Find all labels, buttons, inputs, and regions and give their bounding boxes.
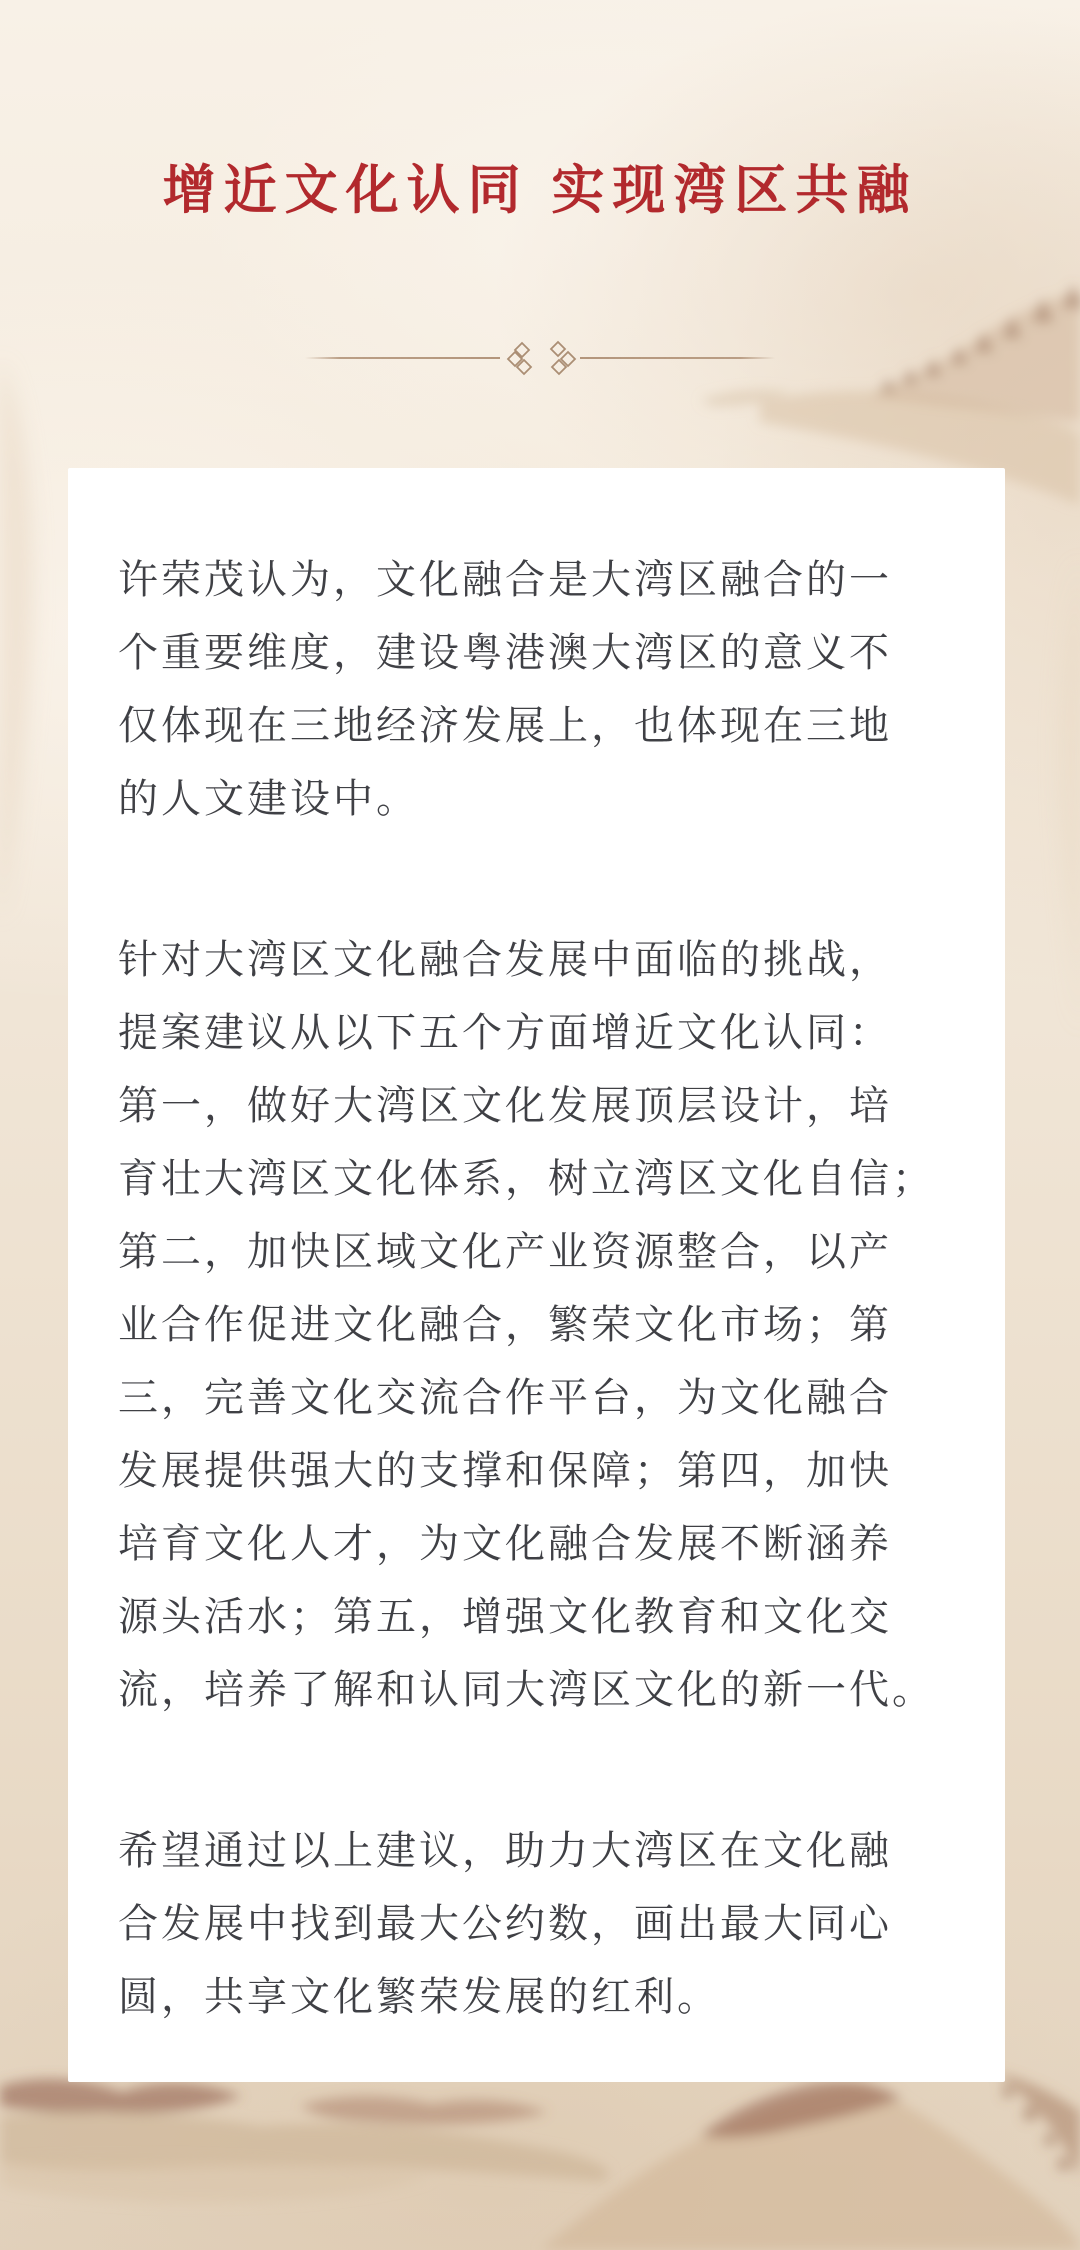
article-paragraph: 希望通过以上建议，助力大湾区在文化融 合发展中找到最大公约数，画出最大同心 圆，…	[118, 1815, 955, 2034]
ornament-divider	[305, 338, 775, 378]
diamond-cluster-icon	[500, 338, 580, 378]
poster-page: 增近文化认同 实现湾区共融 许荣茂认为，文化融合是大湾区融合的一 个重要维度，建…	[0, 0, 1080, 2250]
page-title: 增近文化认同 实现湾区共融	[0, 162, 1080, 220]
divider-line-left	[305, 357, 500, 359]
article-paragraph: 许荣茂认为，文化融合是大湾区融合的一 个重要维度，建设粤港澳大湾区的意义不 仅体…	[118, 544, 955, 836]
article-paragraph: 针对大湾区文化融合发展中面临的挑战， 提案建议从以下五个方面增近文化认同： 第一…	[118, 924, 955, 1727]
divider-line-right	[580, 357, 775, 359]
content-card: 许荣茂认为，文化融合是大湾区融合的一 个重要维度，建设粤港澳大湾区的意义不 仅体…	[68, 468, 1005, 2082]
